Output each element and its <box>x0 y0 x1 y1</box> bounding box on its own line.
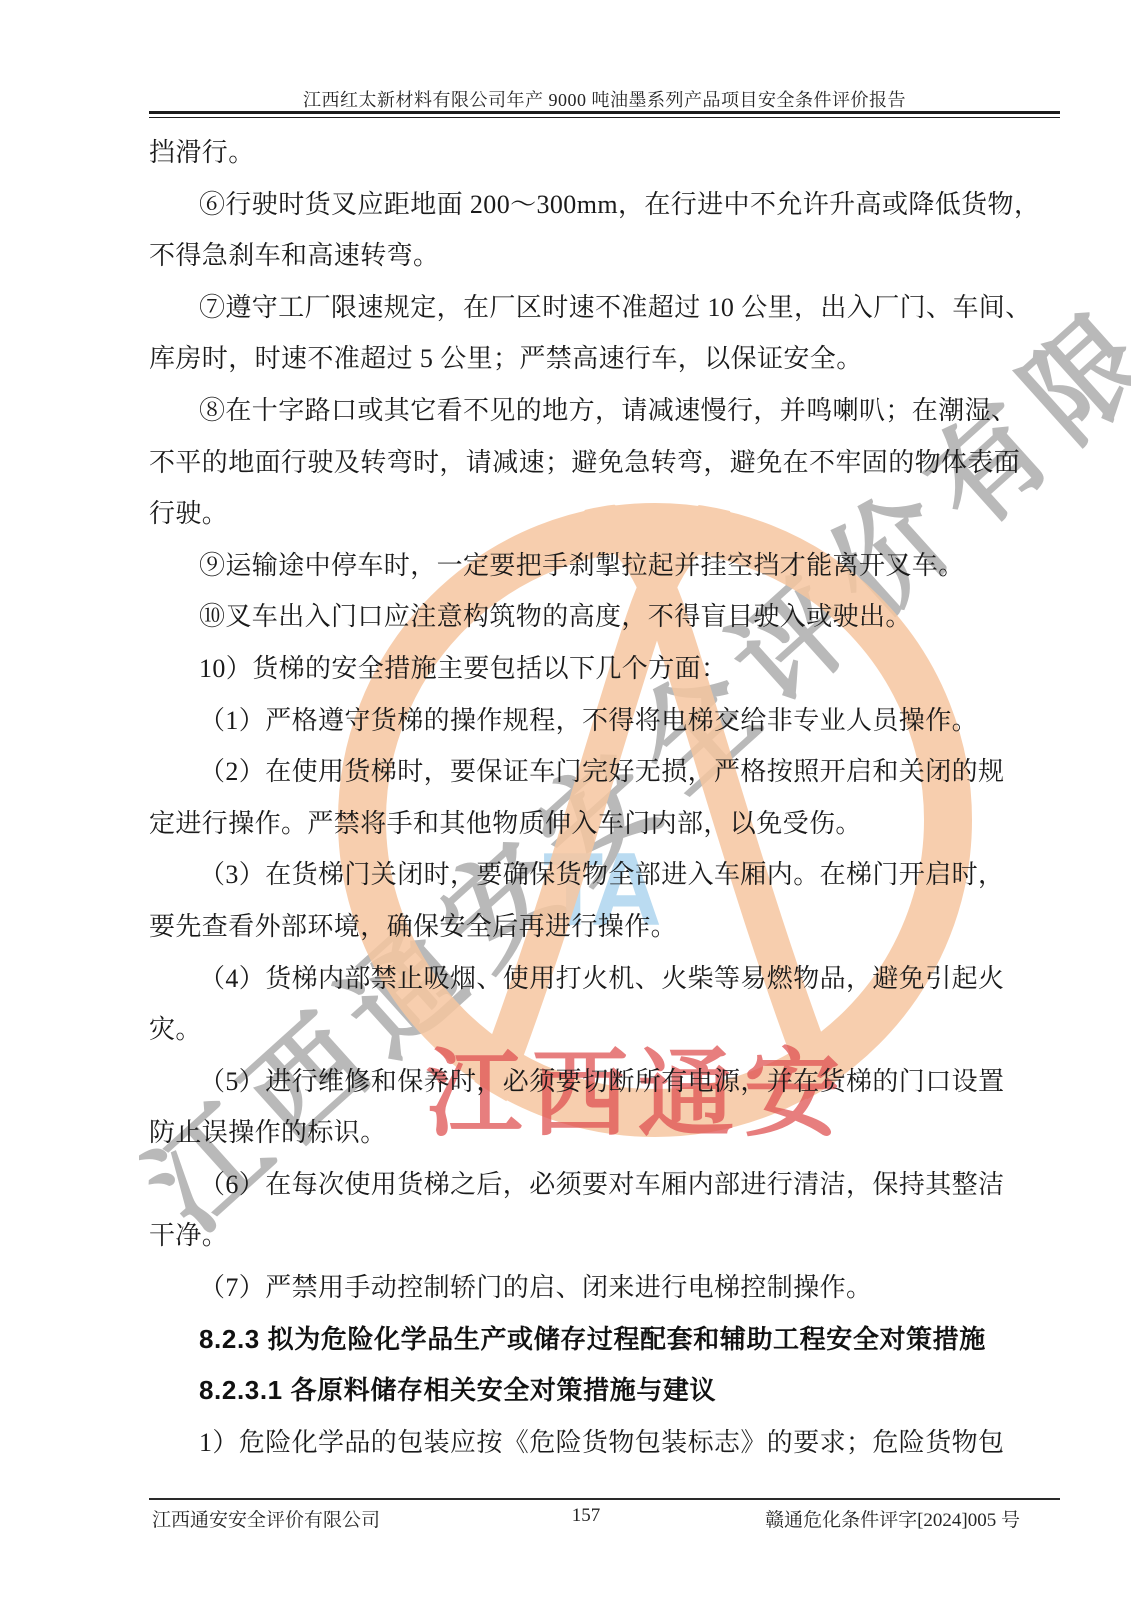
body-line: 不平的地面行驶及转弯时，请减速；避免急转弯，避免在不牢固的物体表面 <box>149 437 1037 489</box>
body-line: 灾。 <box>149 1004 1037 1056</box>
body-line: （4）货梯内部禁止吸烟、使用打火机、火柴等易燃物品，避免引起火 <box>149 953 1037 1005</box>
body-line: ⑩叉车出入门口应注意构筑物的高度，不得盲目驶入或驶出。 <box>149 591 1037 643</box>
body-line: （7）严禁用手动控制轿门的启、闭来进行电梯控制操作。 <box>149 1262 1037 1314</box>
body-line: （3）在货梯门关闭时，要确保货物全部进入车厢内。在梯门开启时， <box>149 849 1037 901</box>
body-line: 要先查看外部环境，确保安全后再进行操作。 <box>149 901 1037 953</box>
footer-divider <box>149 1498 1060 1500</box>
body-line: （5）进行维修和保养时，必须要切断所有电源，并在货梯的门口设置 <box>149 1056 1037 1108</box>
body-text: 挡滑行。⑥行驶时货叉应距地面 200～300mm，在行进中不允许升高或降低货物，… <box>149 127 1037 1468</box>
body-line: ⑨运输途中停车时，一定要把手刹掣拉起并挂空挡才能离开叉车。 <box>149 540 1037 592</box>
body-line: 定进行操作。严禁将手和其他物质伸入车门内部，以免受伤。 <box>149 798 1037 850</box>
body-line: 1）危险化学品的包装应按《危险货物包装标志》的要求；危险货物包 <box>149 1417 1037 1469</box>
footer-document-number: 赣通危化条件评字[2024]005 号 <box>765 1505 1020 1532</box>
body-line: ⑧在十字路口或其它看不见的地方，请减速慢行，并鸣喇叭；在潮湿、 <box>149 385 1037 437</box>
body-line: 不得急刹车和高速转弯。 <box>149 230 1037 282</box>
body-line: 挡滑行。 <box>149 127 1037 179</box>
body-line: （1）严格遵守货梯的操作规程，不得将电梯交给非专业人员操作。 <box>149 695 1037 747</box>
body-line: 防止误操作的标识。 <box>149 1107 1037 1159</box>
body-line: （2）在使用货梯时，要保证车门完好无损，严格按照开启和关闭的规 <box>149 746 1037 798</box>
body-line: 10）货梯的安全措施主要包括以下几个方面： <box>149 643 1037 695</box>
body-line: 8.2.3 拟为危险化学品生产或储存过程配套和辅助工程安全对策措施 <box>149 1314 1037 1366</box>
body-line: （6）在每次使用货梯之后，必须要对车厢内部进行清洁，保持其整洁 <box>149 1159 1037 1211</box>
body-line: ⑥行驶时货叉应距地面 200～300mm，在行进中不允许升高或降低货物， <box>149 179 1037 231</box>
body-line: 行驶。 <box>149 488 1037 540</box>
body-line: ⑦遵守工厂限速规定，在厂区时速不准超过 10 公里，出入厂门、车间、 <box>149 282 1037 334</box>
body-line: 8.2.3.1 各原料储存相关安全对策措施与建议 <box>149 1365 1037 1417</box>
body-line: 库房时，时速不准超过 5 公里；严禁高速行车，以保证安全。 <box>149 333 1037 385</box>
document-page: 江西通安安全评价有限公司 TA 江西通安 江西红太新材料有限公司年产 9000 … <box>0 0 1131 1600</box>
body-line: 干净。 <box>149 1210 1037 1262</box>
